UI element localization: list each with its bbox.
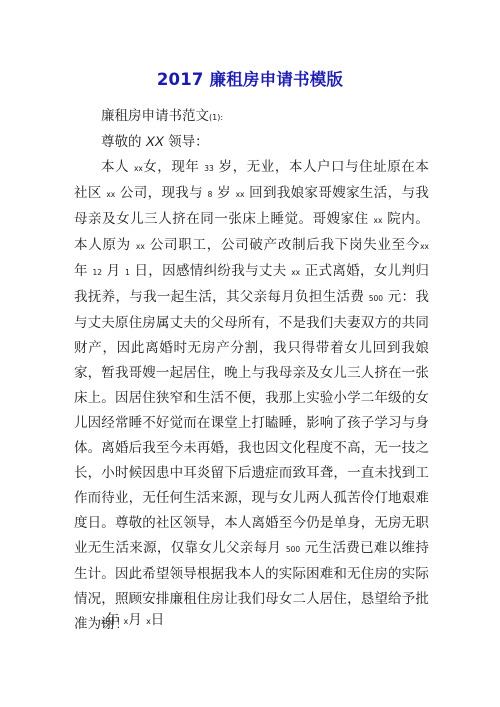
document-page: 2017 廉租房申请书模版 廉租房申请书范文(1): 尊敬的 XX 领导： 本人… [0, 0, 500, 707]
body-text-segment: 公司，现我与 [115, 185, 207, 201]
date-line: x年 x月 x日 [101, 608, 164, 628]
body-placeholder-value: xx [136, 242, 145, 251]
salutation-placeholder: XX [146, 134, 164, 149]
body-placeholder-value: xx [134, 164, 143, 173]
body-text-segment: 女，现年 [143, 159, 204, 175]
body-placeholder-value: xx [291, 268, 300, 277]
body-text-segment: 年 [74, 263, 92, 279]
document-title: 2017 廉租房申请书模版 [0, 66, 500, 90]
subtitle-number: (1): [209, 113, 223, 122]
body-placeholder-value: xx [106, 190, 115, 199]
salutation-prefix: 尊敬的 [101, 134, 146, 150]
document-subtitle: 廉租房申请书范文(1): [101, 104, 223, 124]
body-placeholder-value: 33 [204, 164, 214, 173]
body-placeholder-value: 12 [92, 268, 102, 277]
subtitle-text: 廉租房申请书范文 [101, 108, 209, 124]
body-text-segment: 日，因感情纠纷我与丈夫 [130, 263, 291, 279]
body-placeholder-value: xx [420, 242, 429, 251]
body-text-segment: 岁 [212, 185, 235, 201]
date-month-label: 月 [128, 612, 142, 628]
salutation-suffix: 领导： [164, 134, 209, 150]
body-text-segment: 本人 [101, 159, 134, 175]
salutation: 尊敬的 XX 领导： [101, 130, 209, 150]
date-day-label: 日 [151, 612, 165, 628]
date-year-label: 年 [106, 612, 120, 628]
letter-body: 本人 xx女，现年 33 岁，无业，本人户口与住址原在本社区 xx 公司，现我与… [74, 155, 429, 637]
body-text-segment: 元：我与丈夫原住房属丈夫的父母所有，不是我们夫妻双方的共同财产，因此离婚时无房产… [74, 289, 429, 556]
body-placeholder-value: 500 [369, 294, 383, 303]
body-text-segment: 公司职工，公司破产改制后我下岗失业至今 [145, 237, 420, 253]
body-placeholder-value: 500 [286, 545, 300, 554]
body-text-segment: 月 [102, 263, 125, 279]
